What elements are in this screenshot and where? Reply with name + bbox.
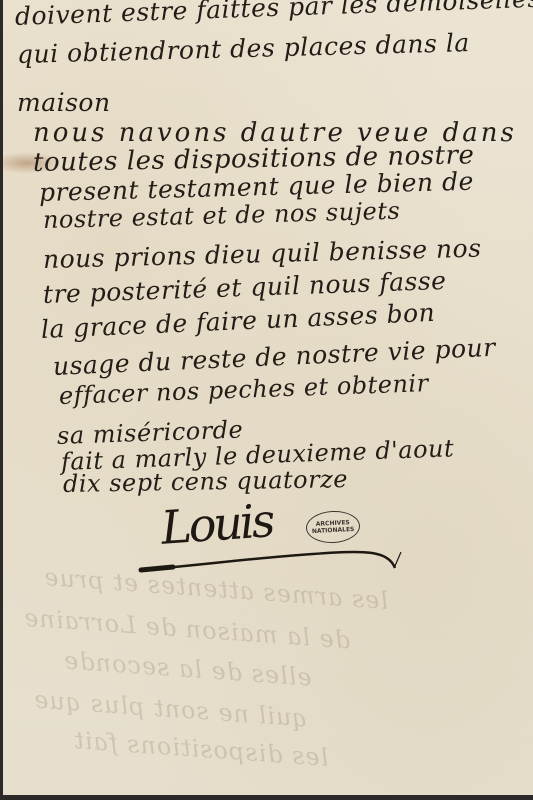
- manuscript-line: dix sept cens quatorze: [63, 465, 348, 498]
- manuscript-line: doivent estre faittes par les demoiselle…: [14, 0, 533, 31]
- manuscript-page: les armes attentes et prue de la maison …: [3, 0, 533, 795]
- manuscript-line: qui obtiendront des places dans la: [17, 28, 470, 69]
- manuscript-line: maison: [17, 88, 111, 117]
- signature-flourish: [133, 540, 413, 580]
- bleed-through-text: les dispositions fait: [72, 726, 329, 772]
- stamp-line-2: NATIONALES: [312, 526, 355, 535]
- bleed-through-text: elles de la seconde: [62, 646, 312, 691]
